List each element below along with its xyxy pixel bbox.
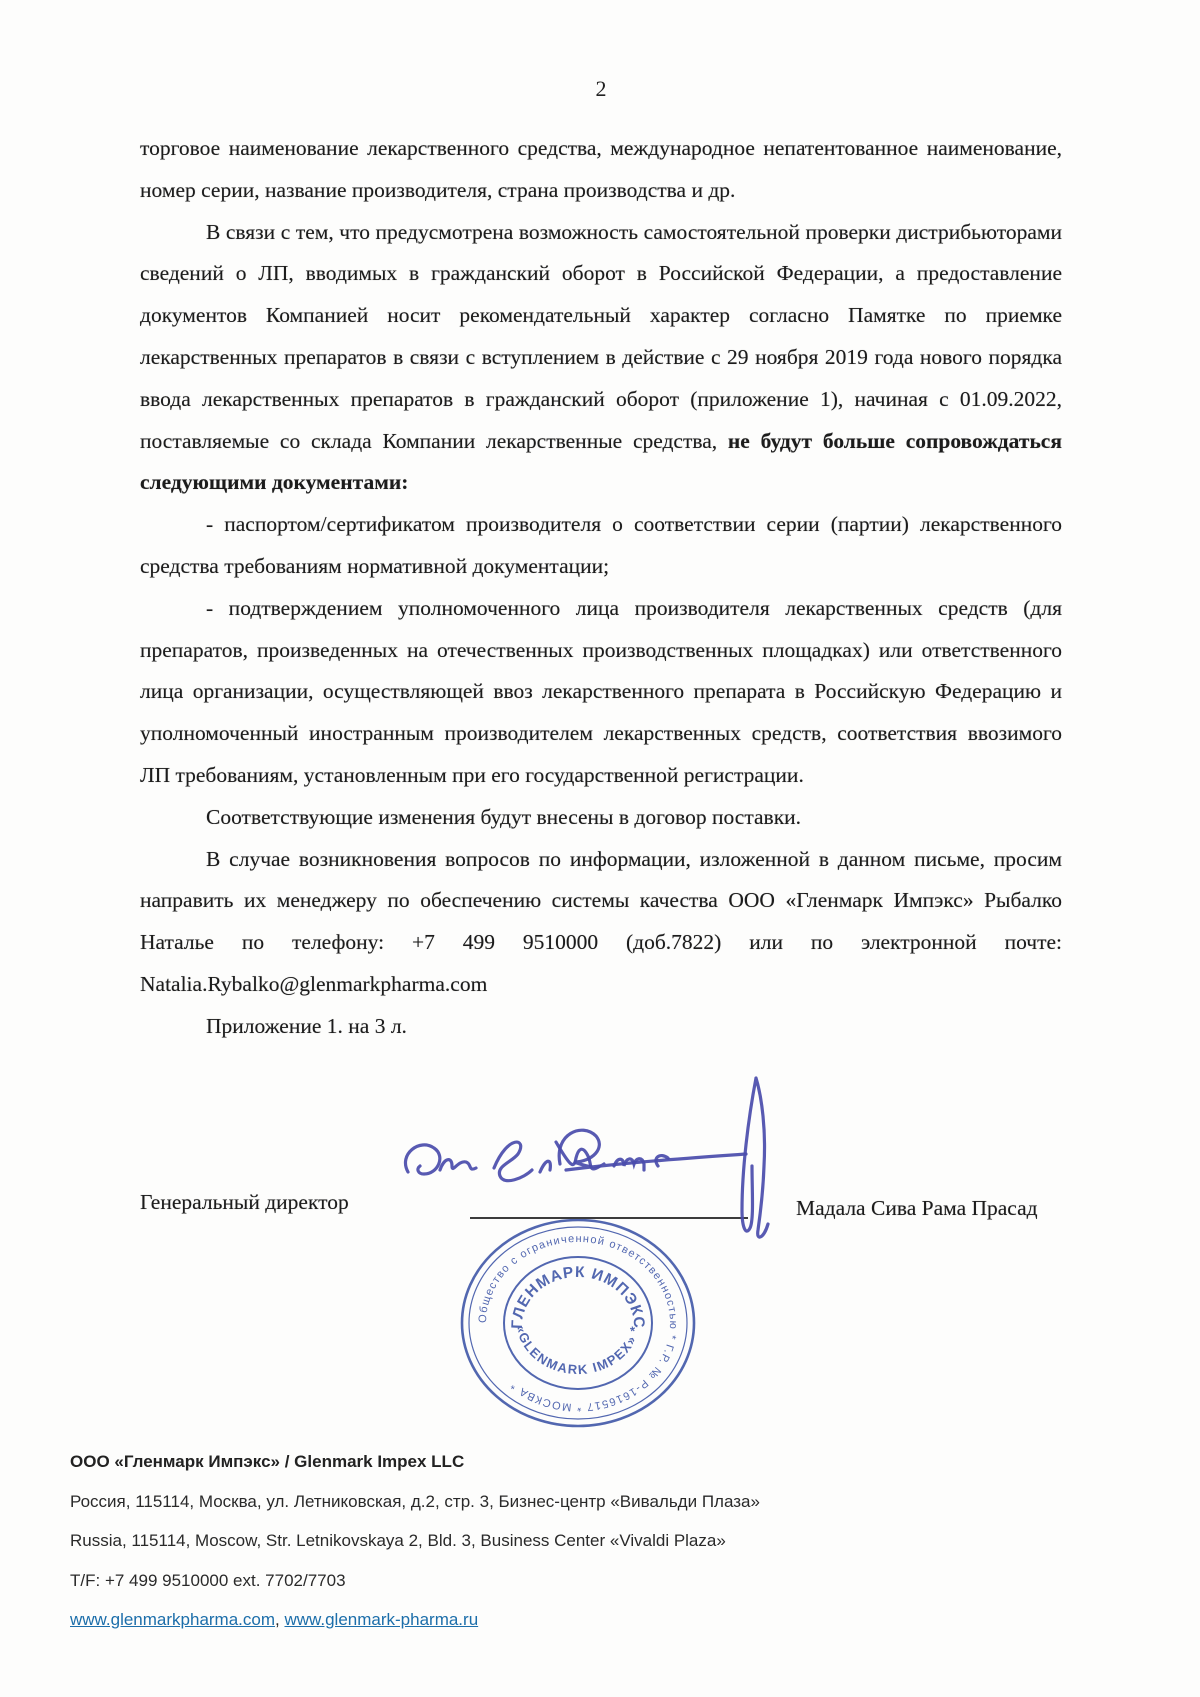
bullet-item-passport: - паспортом/сертификатом производителя о… xyxy=(140,504,1062,588)
footer-address-en: Russia, 115114, Moscow, Str. Letnikovska… xyxy=(70,1521,1070,1561)
letter-body: торговое наименование лекарственного сре… xyxy=(140,128,1062,1048)
paragraph-contact: В случае возникновения вопросов по инфор… xyxy=(140,839,1062,1006)
website-link-ru[interactable]: www.glenmark-pharma.ru xyxy=(284,1610,478,1629)
paragraph-main: В связи с тем, что предусмотрена возможн… xyxy=(140,212,1062,505)
paragraph-contact-text: В случае возникновения вопросов по инфор… xyxy=(140,847,1062,955)
page-number: 2 xyxy=(140,76,1062,102)
paragraph-main-text: В связи с тем, что предусмотрена возможн… xyxy=(140,220,1062,453)
attachment-note: Приложение 1. на 3 л. xyxy=(140,1006,1062,1048)
paragraph-contract: Соответствующие изменения будут внесены … xyxy=(140,797,1062,839)
stamp-company-name-en: «GLENMARK IMPEX» * xyxy=(513,1324,642,1378)
footer-address-ru: Россия, 115114, Москва, ул. Летниковская… xyxy=(70,1482,1070,1522)
signature-title: Генеральный директор xyxy=(140,1190,349,1215)
bullet-item-confirmation: - подтверждением уполномоченного лица пр… xyxy=(140,588,1062,797)
handwritten-signature-icon xyxy=(390,1070,790,1260)
paragraph-continuation: торговое наименование лекарственного сре… xyxy=(140,128,1062,212)
svg-text:«GLENMARK IMPEX» *: «GLENMARK IMPEX» * xyxy=(513,1324,642,1378)
footer-company-name: ООО «Гленмарк Импэкс» / Glenmark Impex L… xyxy=(70,1442,1070,1482)
website-link-com[interactable]: www.glenmarkpharma.com xyxy=(70,1610,275,1629)
footer-phone: T/F: +7 499 9510000 ext. 7702/7703 xyxy=(70,1561,1070,1601)
footer-websites: www.glenmarkpharma.com, www.glenmark-pha… xyxy=(70,1600,1070,1640)
contact-email: Natalia.Rybalko@glenmarkpharma.com xyxy=(140,972,487,996)
letterhead-footer: ООО «Гленмарк Импэкс» / Glenmark Impex L… xyxy=(70,1442,1070,1640)
signatory-name: Мадала Сива Рама Прасад xyxy=(796,1196,1038,1221)
scanned-letter-page: 2 торговое наименование лекарственного с… xyxy=(0,0,1200,1697)
